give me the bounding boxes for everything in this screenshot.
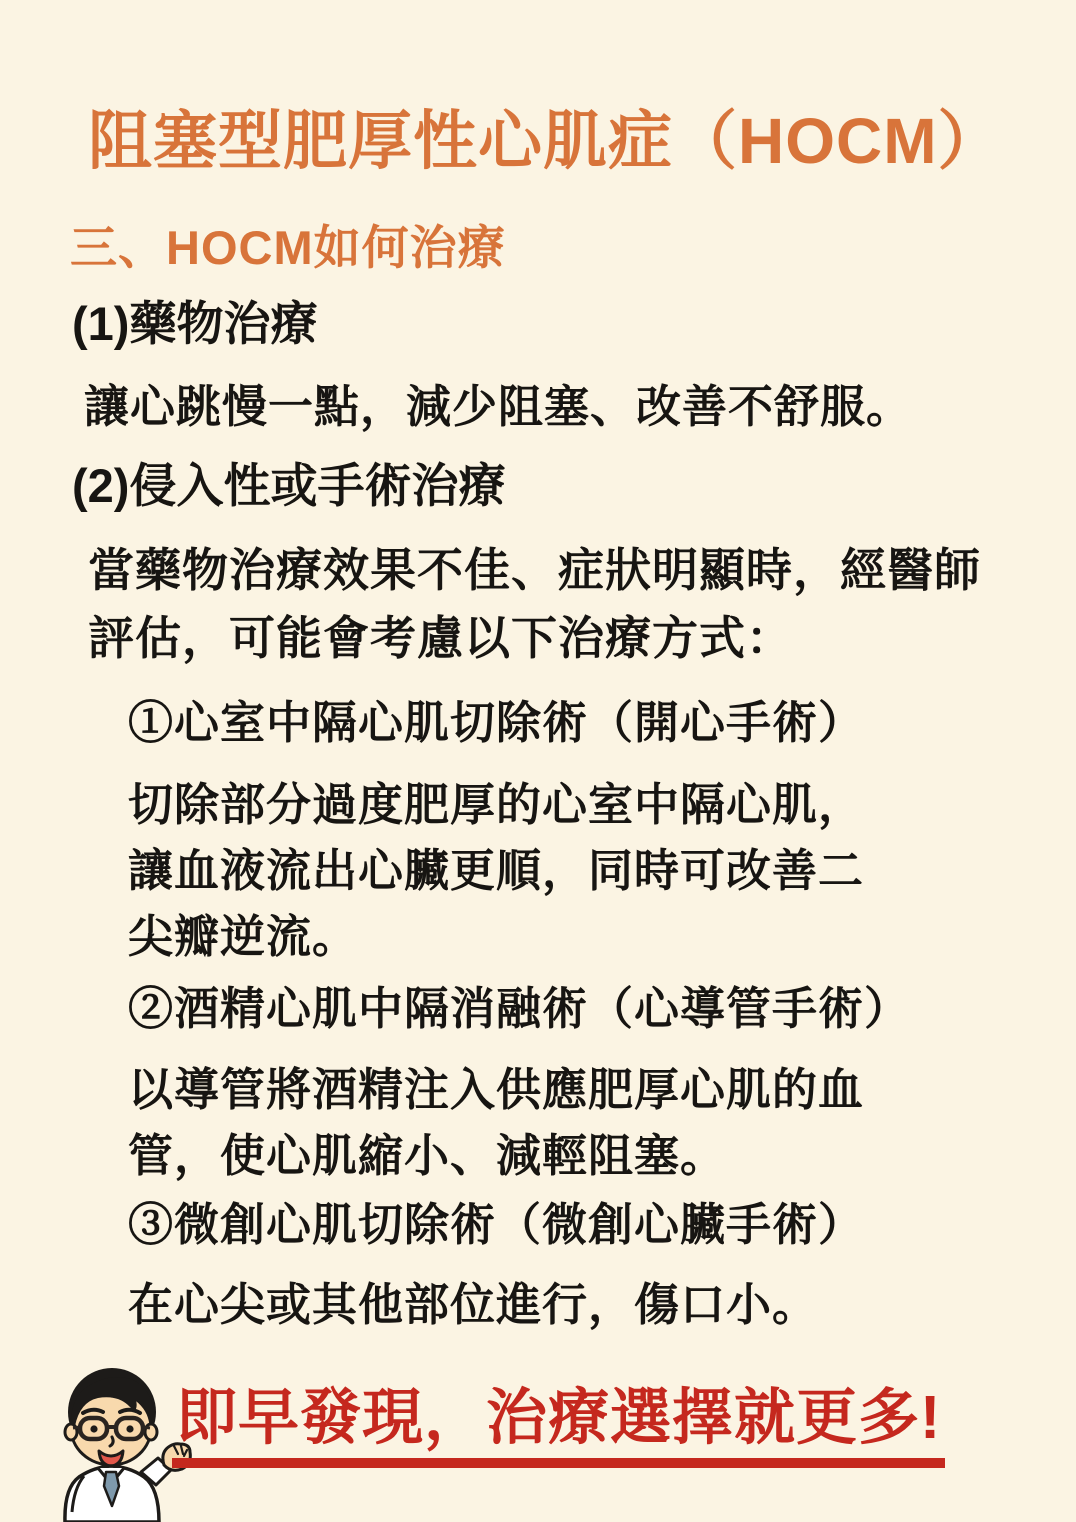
footer-message: 即早發現，治療選擇就更多! [172,1382,945,1468]
hocm-infographic-page: 阻塞型肥厚性心肌症（HOCM） 三、HOCM如何治療 (1)藥物治療 讓心跳慢一… [0,0,1076,1522]
section-heading: 三、HOCM如何治療 [70,220,506,275]
page-title: 阻塞型肥厚性心肌症（HOCM） [88,104,1003,180]
option-1-title: ①心室中隔心肌切除術（開心手術） [128,696,864,749]
option-1-description: 切除部分過度肥厚的心室中隔心肌， 讓血液流出心臟更順，同時可改善二 尖瓣逆流。 [128,772,864,970]
treatment-drug-label: (1)藥物治療 [72,296,317,351]
option-3-title: ③微創心肌切除術（微創心臟手術） [128,1198,864,1251]
treatment-invasive-intro: 當藥物治療效果不佳、症狀明顯時，經醫師 評估，可能會考慮以下治療方式： [88,536,981,672]
doctor-cartoon-icon [42,1366,192,1522]
option-3-description: 在心尖或其他部位進行，傷口小。 [128,1272,818,1338]
treatment-invasive-label: (2)侵入性或手術治療 [72,458,505,513]
option-2-description: 以導管將酒精注入供應肥厚心肌的血 管，使心肌縮小、減輕阻塞。 [128,1057,864,1189]
treatment-drug-description: 讓心跳慢一點，減少阻塞、改善不舒服。 [84,380,912,433]
option-2-title: ②酒精心肌中隔消融術（心導管手術） [128,982,910,1035]
